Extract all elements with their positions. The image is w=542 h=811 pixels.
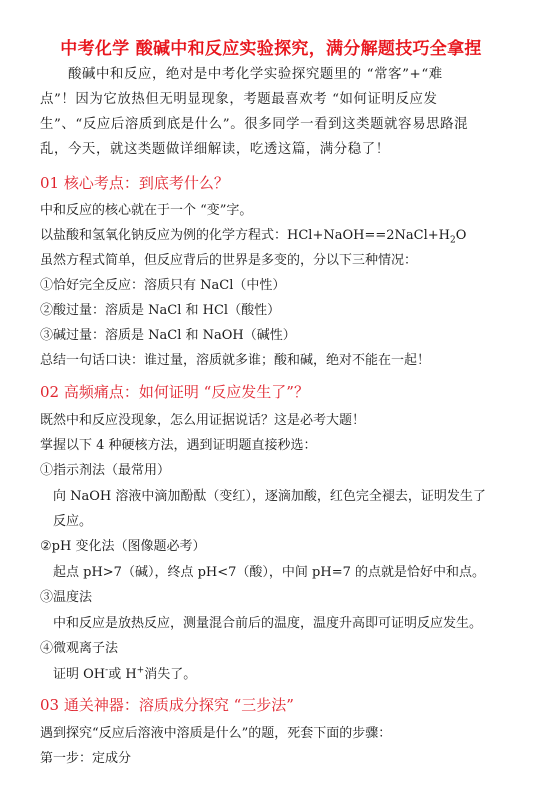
section-2-heading: 02 高频痛点：如何证明 “反应发生了”？ xyxy=(40,381,309,402)
s3-line: 遇到探究“反应后溶液中溶质是什么”的题，死套下面的步骤： xyxy=(40,726,391,742)
s1-case-3: ③碱过量：溶质是 NaCl 和 NaOH（碱性） xyxy=(40,328,296,344)
s2-line: 掌握以下 4 种硬核方法，遇到证明题直接秒选： xyxy=(40,438,317,454)
method-2-desc: 起点 pH>7（碱），终点 pH<7（酸），中间 pH=7 的点就是恰好中和点。 xyxy=(53,565,485,581)
s1-line: 中和反应的核心就在于一个 “变”字。 xyxy=(40,203,252,219)
method-2-name: ②pH 变化法（图像题必考） xyxy=(40,539,205,555)
intro-paragraph: 酸碱中和反应，绝对是中考化学实验探究题里的 “常客”+“难点”！因为它放热但无明… xyxy=(40,62,474,162)
section-3-heading: 03 通关神器：溶质成分探究 “三步法” xyxy=(40,694,294,715)
method-3-desc: 中和反应是放热反应，测量混合前后的温度，温度升高即可证明反应发生。 xyxy=(53,616,482,632)
method-4-desc: 证明 OH-或 H+消失了。 xyxy=(53,667,196,683)
s2-line: 既然中和反应没现象，怎么用证据说话？这是必考大题！ xyxy=(40,413,365,429)
method-4-name: ④微观离子法 xyxy=(40,641,118,657)
s1-case-1: ①恰好完全反应：溶质只有 NaCl（中性） xyxy=(40,278,285,294)
s3-step-1: 第一步：定成分 xyxy=(40,751,131,767)
s1-summary: 总结一句话口诀：谁过量，溶质就多谁；酸和碱，绝对不能在一起！ xyxy=(40,353,430,369)
intro-text: 酸碱中和反应，绝对是中考化学实验探究题里的 “常客”+“难点”！因为它放热但无明… xyxy=(40,67,468,157)
method-1-desc: 向 NaOH 溶液中滴加酚酞（变红），逐滴加酸，红色完全褪去，证明发生了 xyxy=(53,489,486,505)
method-1-desc: 反应。 xyxy=(53,514,92,530)
s1-line: 虽然方程式简单，但反应背后的世界是多变的，分以下三种情况： xyxy=(40,253,417,269)
document-title: 中考化学 酸碱中和反应实验探究，满分解题技巧全拿捏 xyxy=(0,34,542,59)
method-3-name: ③温度法 xyxy=(40,590,92,606)
section-1-heading: 01 核心考点：到底考什么？ xyxy=(40,172,229,193)
method-1-name: ①指示剂法（最常用） xyxy=(40,463,170,479)
s1-equation-line: 以盐酸和氢氧化钠反应为例的化学方程式：HCl+NaOH==2NaCl+H2O xyxy=(40,228,466,244)
s1-case-2: ②酸过量：溶质是 NaCl 和 HCl（酸性） xyxy=(40,303,280,319)
